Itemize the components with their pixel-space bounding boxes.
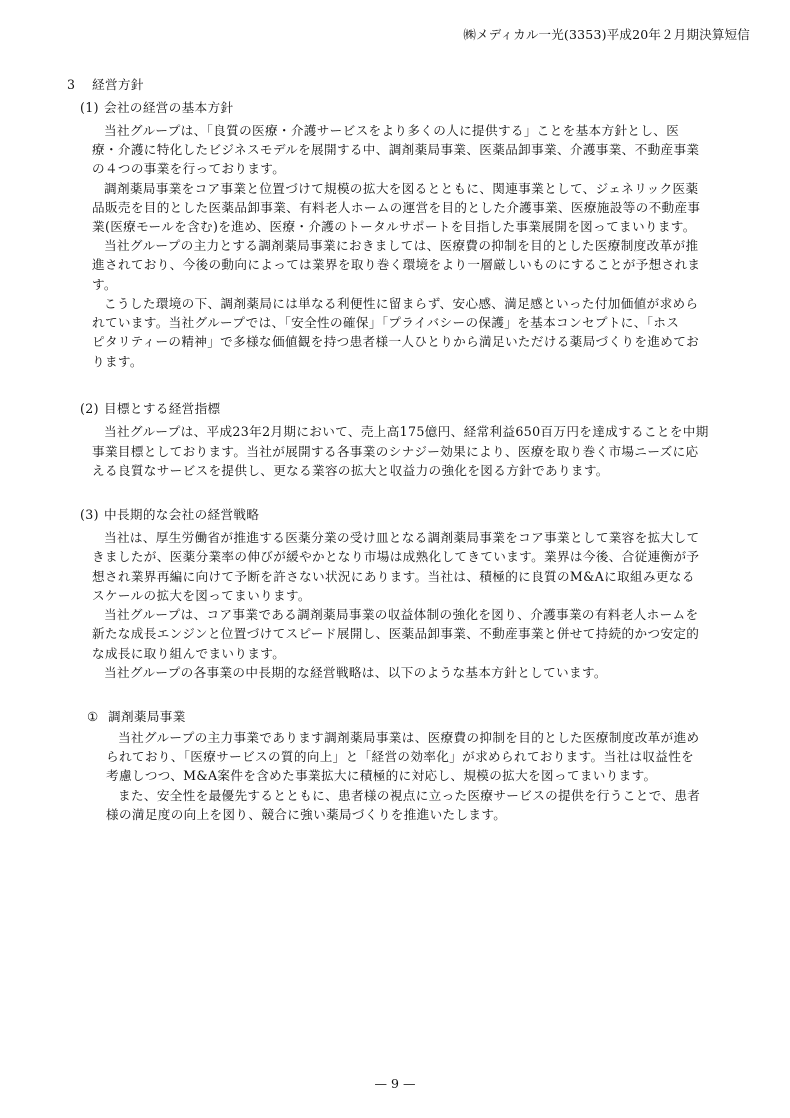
paragraph-line: 当社グループの各事業の中長期的な経営戦略は、以下のような基本方針としています。 <box>104 664 607 682</box>
subsection-label: (1) <box>80 99 99 117</box>
document-header: ㈱メディカル一光(3353)平成20年２月期決算短信 <box>463 25 750 43</box>
page-number: — 9 — <box>0 1076 790 1091</box>
paragraph-line: 事業目標としております。当社が展開する各事業のシナジー効果により、医療を取り巻く… <box>92 443 698 461</box>
paragraph-line: 当社グループは、「良質の医療・介護サービスをより多くの人に提供する」ことを基本方… <box>104 122 679 140</box>
paragraph-line: す。 <box>92 276 117 294</box>
paragraph-line: 当社グループは、平成23年2月期において、売上高175億円、経常利益650百万円… <box>104 423 709 441</box>
paragraph-line: ります。 <box>92 353 143 371</box>
paragraph-line: また、安全性を最優先するとともに、患者様の視点に立った医療サービスの提供を行うこ… <box>118 787 700 805</box>
item-title: 調剤薬局事業 <box>108 708 186 726</box>
paragraph-line: 当社は、厚生労働省が推進する医薬分業の受け皿となる調剤薬局事業をコア事業として業… <box>104 529 699 547</box>
paragraph-line: な成長に取り組んでまいります。 <box>92 645 285 663</box>
paragraph-line: 考慮しつつ、M&A案件を含めた事業拡大に積極的に対応し、規模の拡大を図ってまいり… <box>106 767 657 785</box>
paragraph-line: 品販売を目的とした医薬品卸事業、有料老人ホームの運営を目的とした介護事業、医療施… <box>92 199 700 217</box>
paragraph-line: 新たな成長エンジンと位置づけてスピード展開し、医薬品卸事業、不動産事業と併せて持… <box>92 625 699 643</box>
paragraph-line: こうした環境の下、調剤薬局には単なる利便性に留まらず、安心感、満足感といった付加… <box>104 295 698 313</box>
paragraph-line: 想され業界再編に向けて予断を許さない状況にあります。当社は、積極的に良質のM&A… <box>92 568 695 586</box>
paragraph-line: 当社グループの主力事業であります調剤薬局事業は、医療費の抑制を目的とした医療制度… <box>118 729 699 747</box>
paragraph-line: 様の満足度の向上を図り、競合に強い薬局づくりを推進いたします。 <box>106 806 506 824</box>
paragraph-line: られており、「医療サービスの質的向上」と「経営の効率化」が求められております。当… <box>106 748 694 766</box>
subsection-label: (3) <box>80 506 99 524</box>
section-number: 3 <box>67 76 75 94</box>
subsection-title: 中長期的な会社の経営戦略 <box>104 506 259 524</box>
paragraph-line: 当社グループは、コア事業である調剤薬局事業の収益体制の強化を図り、介護事業の有料… <box>104 606 698 624</box>
paragraph-line: える良質なサービスを提供し、更なる業容の拡大と収益力の強化を図る方針であります。 <box>92 462 609 480</box>
item-label: ① <box>87 708 99 726</box>
subsection-title: 会社の経営の基本方針 <box>104 99 233 117</box>
paragraph-line: 調剤薬局事業をコア事業と位置づけて規模の拡大を図るとともに、関連事業として、ジェ… <box>104 180 698 198</box>
subsection-label: (2) <box>80 400 99 418</box>
paragraph-line: 療・介護に特化したビジネスモデルを展開する中、調剤薬局事業、医薬品卸事業、介護事… <box>92 141 699 159</box>
paragraph-line: 進されており、今後の動向によっては業界を取り巻く環境をより一層厳しいものにするこ… <box>92 256 700 274</box>
paragraph-line: スケールの拡大を図ってまいります。 <box>92 587 311 605</box>
paragraph-line: きましたが、医薬分業率の伸びが緩やかとなり市場は成熟化してきています。業界は今後… <box>92 548 699 566</box>
paragraph-line: れています。当社グループでは、「安全性の確保」「プライバシーの保護」を基本コンセ… <box>92 314 679 332</box>
paragraph-line: の４つの事業を行っております。 <box>92 160 285 178</box>
paragraph-line: 業(医療モールを含む)を進め、医療・介護のトータルサポートを目指した事業展開を図… <box>92 218 696 236</box>
paragraph-line: ピタリティーの精神」で多様な価値観を持つ患者様一人ひとりから満足いただける薬局づ… <box>92 333 699 351</box>
subsection-title: 目標とする経営指標 <box>104 400 221 418</box>
section-title: 経営方針 <box>92 76 144 94</box>
paragraph-line: 当社グループの主力とする調剤薬局事業におきましては、医療費の抑制を目的とした医療… <box>104 237 698 255</box>
